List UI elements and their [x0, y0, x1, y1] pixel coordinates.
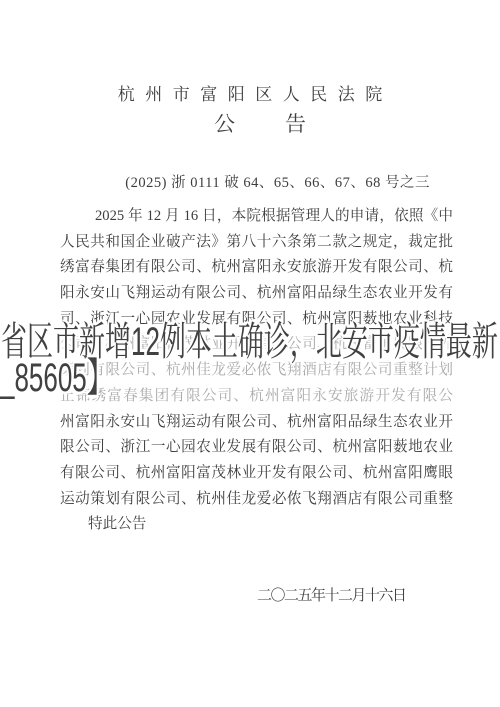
announcement-date: 二〇二五年十二月十六日	[257, 584, 406, 605]
case-number: (2025) 浙 0111 破 64、65、66、67、68 号之三	[125, 171, 430, 192]
scanned-court-announcement: 杭州市富阳区人民法院 公告 (2025) 浙 0111 破 64、65、66、6…	[0, 0, 500, 707]
closing-phrase: 特此公告	[60, 512, 453, 538]
announcement-body: 2025 年 12 月 16 日，本院根据管理人的申请，依照《中华 人民共和国企…	[60, 204, 453, 538]
body-line: 人民共和国企业破产法》第八十六条第二款之规定，裁定批准锦	[60, 230, 453, 256]
body-line: 限公司、浙江一心园农业发展有限公司、杭州富阳薮地农业科技	[60, 435, 453, 461]
body-line: 司、浙江一心园农业发展有限公司、杭州富阳薮地农业科技有限	[60, 307, 453, 333]
body-line: 州富阳永安山飞翔运动有限公司、杭州富阳品绿生态农业开发有	[60, 410, 453, 436]
body-line-faded: 公司、杭州富阳富茂林业开发有限公司、杭州富阳鹰眼户外运动	[60, 332, 453, 358]
court-title: 杭州市富阳区人民法院	[0, 80, 500, 105]
body-line: 阳永安山飞翔运动有限公司、杭州富阳品绿生态农业开发有限公	[60, 281, 453, 307]
body-line-faded: 止锦绣富春集团有限公司、杭州富阳永安旅游开发有限公司、杭	[60, 384, 453, 410]
body-line: 运动策划有限公司、杭州佳龙爱必侬飞翔酒店有限公司重整程序。	[60, 487, 453, 513]
notice-heading: 公告	[214, 108, 356, 138]
body-line-faded: 策划有限公司、杭州佳龙爱必侬飞翔酒店有限公司重整计划并终	[60, 358, 453, 384]
body-line: 有限公司、杭州富阳富茂林业开发有限公司、杭州富阳鹰眼户外	[60, 461, 453, 487]
body-line: 2025 年 12 月 16 日，本院根据管理人的申请，依照《中华	[60, 204, 453, 230]
body-line: 绣富春集团有限公司、杭州富阳永安旅游开发有限公司、杭州富	[60, 255, 453, 281]
